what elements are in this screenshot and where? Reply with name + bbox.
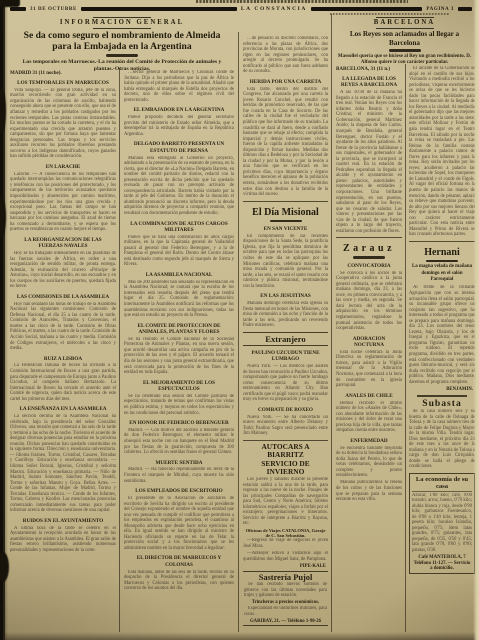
article-deck: La magna velada de mañana domingo en el …	[410, 264, 474, 283]
right-column-b: El alcalde de la Gobernación se alojó en…	[409, 66, 475, 632]
article-heading: EN SAN VICENTE	[245, 226, 326, 232]
local-notes: —Regresó de viaje de negocios el joven J…	[243, 538, 328, 568]
article-heading: EL COMITE DE PROTECCION DE ANIMALES, PLA…	[126, 323, 232, 336]
article: PAULINO UZCUDUN TIENE LUMBAGONueva York.…	[243, 350, 328, 403]
article-body: A las 10'30 de la mañana ha llegado a la…	[336, 90, 402, 234]
article-heading: EN HONOR DE FEDERICO BERENGUER	[126, 420, 232, 426]
masthead-page-number: PAGINA 3	[426, 7, 454, 12]
section-kicker: BARCELONA	[334, 19, 475, 26]
column-2: …sector general de Marruecos y Colonias …	[124, 70, 234, 632]
left-section-header: INFORMACION GENERAL Se da como seguro el…	[10, 15, 234, 74]
article: MUERTE SENTIDAMadrid. — Ha fallecido rep…	[124, 460, 234, 484]
article-body: La sección décima de la Asamblea Naciona…	[10, 414, 116, 514]
article: LA ASAMBLEA NACIONALMás de 200 asistente…	[124, 272, 234, 319]
article-body: Esta noche celebrará la Junta Directiva …	[336, 350, 402, 389]
section-title: Extranjero	[243, 334, 328, 344]
article: LOS EMPLEADOS DE ESCRITORIOEl presidente…	[124, 488, 234, 551]
newspaper-page: { "masthead": { "date": "31 DE OCTUBRE",…	[0, 0, 479, 640]
column-rule	[405, 64, 406, 632]
article-body: Se encuentra bastante mejorada de su dol…	[336, 446, 402, 479]
auction-body: de la casa número seis y su huerta de la…	[409, 409, 475, 470]
article-heading: DELGADO BARRETO PRESENTA UN ESTATUTO DE …	[126, 141, 232, 154]
column-rule	[238, 32, 239, 632]
article-body: Parece propósito decidido del general se…	[124, 115, 234, 137]
article-heading: LA REORGANIZACION DE LAS FUERZAS NAVALES	[12, 237, 114, 250]
flourish	[270, 220, 302, 222]
ad-headline: AUTOCARS A BIARRITZ	[243, 443, 328, 460]
article-heading: EL DIRECTOR DE MARRUECOS Y COLONIAS	[126, 555, 232, 568]
article-body: Madrid. — Ha fallecido repentinamente en…	[124, 467, 234, 484]
article: ENFERMEDADSe encuentra bastante mejorada…	[336, 438, 402, 479]
autocars-ad: AUTOCARS A BIARRITZ SERVICIO DE INVIERNO…	[243, 440, 328, 539]
ad-body: Los jueves y sábados durante la presente…	[243, 477, 328, 527]
article: HERIDA POR UNA CARRETAEsta tarde, dentro…	[243, 79, 328, 198]
ad-body: Especialidad en uniformes militares, par…	[244, 606, 327, 617]
article: LOS TEMPORALES EN MARRUECOSVilla Sanjurj…	[10, 80, 116, 160]
correspondent-signature: BENJAMIN.	[411, 387, 473, 392]
article-body: Hemos recibido el último número de los «…	[336, 401, 402, 434]
article: LAS COMISIONES DE LA ASAMBLEAHoy han señ…	[10, 294, 116, 352]
article-heading: ANALES DE CHILE	[338, 393, 400, 399]
article: RUIDOS EN EL AYUNTAMIENTOA última hora d…	[10, 518, 116, 554]
ink-blob	[0, 0, 20, 7]
town-title: Hernani	[409, 247, 475, 258]
article-body: A última hora de la tarde se celebró en …	[10, 526, 116, 554]
foreign-news-header: Extranjero	[243, 332, 328, 346]
rule	[376, 28, 434, 29]
column-1: MADRID 31 (11 noche). LOS TEMPORALES EN …	[10, 70, 116, 632]
article: EN HONOR DE FEDERICO BERENGUERMadrid. — …	[124, 420, 234, 456]
article-body: La Federación Italiana de boxeo ha invit…	[10, 363, 116, 402]
article-heading: ENFERMEDAD	[338, 438, 400, 444]
rule	[93, 17, 151, 18]
article-body: Villa Sanjurjo. — El general Dolla, jefe…	[10, 88, 116, 160]
auction-title: Subasta	[409, 398, 475, 409]
article-body: En cumplimiento de las recientes disposi…	[243, 234, 328, 289]
masthead: 31 DE OCTUBRE LA CONSTANCIA PAGINA 3	[10, 3, 472, 15]
mission-day-section: El Día Misional EN SAN VICENTE En cumpli…	[243, 201, 328, 329]
article-heading: RUIZ A LISBOA	[12, 356, 114, 362]
article: EL COMITE DE PROTECCION DE ANIMALES, PLA…	[124, 323, 234, 376]
flourish	[353, 256, 385, 258]
town-title: Zarauz	[336, 243, 402, 254]
article-heading: EN LARACHE	[12, 164, 114, 170]
article-heading: CONVOCATORIA	[338, 263, 400, 269]
article-body: Madrid. — Con motivo del ascenso a tenie…	[124, 428, 234, 456]
masthead-bar	[10, 7, 26, 11]
flourish	[426, 260, 458, 262]
masthead-bar	[458, 7, 472, 11]
ad-address: Café MANTEROLA, 7	[412, 555, 472, 560]
column-rule	[119, 68, 120, 632]
article-body: Se ha reunido el Comité nacional de la S…	[124, 337, 234, 376]
ad-body: Se han recibido nuevos surtidos de géner…	[244, 582, 327, 599]
article-heading: LA COMBINACION DE ALTOS CARGOS MILITARES	[126, 221, 232, 234]
article: ANALES DE CHILEHemos recibido el último …	[336, 393, 402, 434]
right-column-a: BARCELONA, 31 (11 n.) LA LLEGADA DE LOS …	[336, 66, 402, 632]
article: EL MEJORAMIENTO DE LOS ESPECTACULOSSe ha…	[124, 380, 234, 416]
masthead-date: 31 DE OCTUBRE	[30, 7, 77, 12]
rule	[93, 28, 151, 29]
article-body: Hoy se ha trabajado intensamente en las …	[10, 251, 116, 290]
article-body: Parece que se hará una combinación de al…	[124, 235, 234, 268]
article-body: El presidente de la Asociación de auxili…	[124, 496, 234, 551]
ad-headline: La economía de su casa	[412, 476, 472, 492]
article-body: Mañana domingo celebrará esta iglesia su…	[243, 301, 328, 329]
ad-address: GARIBAY, 21. — Teléfono 1-90-26	[244, 619, 327, 624]
headline-flourish	[389, 49, 421, 51]
ad-footer: Oficinas de Viajes CATALONIA, Garaje de …	[243, 528, 328, 538]
section-divider-rule	[331, 14, 332, 632]
main-headline: Se da como seguro el nombramiento de Alm…	[16, 30, 228, 52]
article-heading: COMBATE DE BOXEO	[245, 407, 326, 413]
column-3: …de pensarlo su discreto comentario, con…	[243, 36, 328, 632]
auction-notice: Subasta de la casa número seis y su huer…	[409, 395, 475, 470]
article: COMBATE DE BOXEONueva York. — Se ha conc…	[243, 407, 328, 437]
headline-deck: Massollel quería que se hiciese al Rey u…	[336, 54, 473, 67]
article-body: Mañana publicaremos la reseña de los cul…	[336, 480, 402, 502]
article-body: Nueva York. — Los médicos que asisten de…	[243, 364, 328, 403]
article-body: El alcalde de la Gobernación se alojó en…	[409, 66, 475, 238]
zarauz-section: Zarauz CONVOCATORIASe convoca a los soci…	[336, 237, 402, 502]
article-heading: LOS EMPLEADOS DE ESCRITORIO	[126, 488, 232, 494]
masthead-title: LA CONSTANCIA	[241, 6, 307, 12]
article-heading: EL MEJORAMIENTO DE LOS ESPECTACULOS	[126, 380, 232, 393]
article-body: Larache. — A consecuencia de los tempora…	[10, 172, 116, 233]
heavy-rule	[417, 395, 467, 397]
article-body: Nueva York. — Se ha concertado un nuevo …	[243, 415, 328, 437]
article-body: Esta tarde, dentro del distrito del Cong…	[243, 87, 328, 198]
article-heading: EL EMBAJADOR EN LA ARGENTINA	[126, 107, 232, 113]
article-heading: LAS COMISIONES DE LA ASAMBLEA	[12, 294, 114, 300]
dateline: BARCELONA, 31 (11 n.)	[336, 67, 402, 72]
article-heading: LA ENSEÑANZA EN LA ASAMBLEA	[12, 406, 114, 412]
article-heading: MUERTE SENTIDA	[126, 460, 232, 466]
sastreria-ad: Sastrería Pujol Se han recibido nuevos s…	[243, 571, 328, 627]
article-heading: ADORACION NOCTURNA	[338, 336, 400, 349]
article-body: Al frente de la brillante Agrupación que…	[409, 285, 475, 385]
article-heading: LOS TEMPORALES EN MARRUECOS	[12, 80, 114, 86]
article-body: Mañana será entregado al Gobierno un pro…	[124, 156, 234, 217]
article-body: Hoy han señalado las horas de trabajo de…	[10, 302, 116, 352]
ad-headline: Sastrería Pujol	[244, 573, 327, 582]
price-list: Azúcar, 1'80 kilo; café, 8'00 tostado; a…	[412, 493, 472, 554]
article: LA COMBINACION DE ALTOS CARGOS MILITARES…	[124, 221, 234, 268]
article-heading: HERIDA POR UNA CARRETA	[245, 79, 326, 85]
hernani-section: Hernani La magna velada de mañana doming…	[409, 241, 475, 392]
main-headline: Los Reyes son aclamados al llegar a Barc…	[334, 30, 475, 47]
local-note: —Anteayer estuvo a visitarnos aquí el qu…	[243, 551, 328, 562]
section-title: El Día Misional	[243, 207, 328, 218]
scan-edge-right	[473, 0, 479, 640]
ad-headline: SERVICIO DE INVIERNO	[243, 460, 328, 477]
ad-highlight: Trincheras a precios económicos.	[244, 600, 327, 605]
article-body: Más de 200 asistentes han señalado su re…	[124, 280, 234, 319]
article-body: Se ha celebrado una sesión del Comité pa…	[124, 394, 234, 416]
article: ADORACION NOCTURNAEsta noche celebrará l…	[336, 336, 402, 389]
local-note: —Regresó de viaje de negocios el joven J…	[243, 538, 328, 549]
article-heading: EN LAS JESUITINAS	[245, 293, 326, 299]
rule	[376, 17, 434, 18]
masthead-bar	[81, 7, 237, 11]
article-heading: RUIDOS EN EL AYUNTAMIENTO	[12, 518, 114, 524]
ad-phone: Teléfono 11-127. — Servicio a domicilio.	[412, 561, 472, 571]
article: LA REORGANIZACION DE LAS FUERZAS NAVALES…	[10, 237, 116, 290]
article: EL DIRECTOR DE MARRUECOS Y COLONIASEsta …	[124, 555, 234, 591]
right-section-header: BARCELONA Los Reyes son aclamados al lle…	[334, 15, 475, 68]
scan-edge-bottom	[0, 632, 479, 640]
article: EL EMBAJADOR EN LA ARGENTINAParece propó…	[124, 107, 234, 137]
section-kicker: INFORMACION GENERAL	[10, 19, 234, 26]
article-body: Se convoca a los socios de la Cooperativ…	[336, 271, 402, 332]
correspondent-signature: PIPE-KALE	[245, 564, 326, 569]
article-heading: PAULINO UZCUDUN TIENE LUMBAGO	[245, 350, 326, 363]
dateline: MADRID 31 (11 noche).	[10, 71, 116, 76]
article-body: …de pensarlo su discreto comentario, con…	[243, 36, 328, 75]
headline-flourish	[106, 54, 138, 56]
article: EN LARACHELarache. — A consecuencia de l…	[10, 164, 116, 233]
article-heading: LA ASAMBLEA NACIONAL	[126, 272, 232, 278]
article: RUIZ A LISBOALa Federación Italiana de b…	[10, 356, 116, 403]
article-body: …sector general de Marruecos y Colonias …	[124, 70, 234, 103]
article: DELGADO BARRETO PRESENTA UN ESTATUTO DE …	[124, 141, 234, 216]
article-body: Esta mañana, antes de las seis de la tar…	[124, 570, 234, 592]
article: CONVOCATORIASe convoca a los socios de l…	[336, 263, 402, 332]
masthead-bar	[311, 7, 422, 11]
household-prices-ad: La economía de su casa Azúcar, 1'80 kilo…	[409, 473, 475, 574]
article: LA ENSEÑANZA EN LA ASAMBLEALa sección dé…	[10, 406, 116, 514]
article-heading: LA LLEGADA DE LOS REYES A BARCELONA	[338, 76, 400, 89]
